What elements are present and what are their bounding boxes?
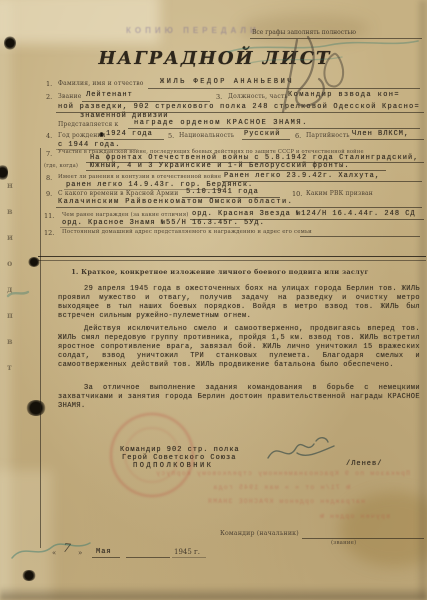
field-6-number: 6.: [295, 132, 301, 140]
field-7-where-label: (где, когда): [44, 163, 78, 169]
rule: [250, 38, 422, 39]
fill-all-fields-note: Все графы заполнять полностью: [252, 29, 356, 36]
scan-dark-right-edge: [419, 0, 427, 600]
award-sheet-document: н в и о д п в т КОПИЮ ПЕРЕДАЛИ Все графы…: [0, 0, 427, 600]
feat-section-heading: 1. Краткое, конкретное изложение личного…: [70, 268, 370, 276]
ink-blot: [22, 570, 36, 581]
field-2-value: Лейтенант: [86, 91, 133, 99]
field-10-value: Калачинским Райвоенкоматом Омской област…: [58, 198, 293, 206]
field-4-value: 1924 года: [106, 130, 153, 138]
field-8-number: 8.: [46, 174, 52, 182]
field-8-value-1: Ранен легко 23.9.42г. Халхута,: [224, 172, 380, 180]
field-9-value: 5.10.1941 года: [186, 188, 259, 196]
field-11-value-1: орд. Красная Звезда №124/Н 16.4.44г. 248…: [192, 210, 416, 218]
field-1-number: 1.: [46, 80, 52, 88]
signer-honor-line: Герой Советского Союза: [122, 454, 236, 462]
field-12-number: 12.: [44, 229, 54, 237]
field-9-label: С какого времени в Красной Армии: [58, 190, 178, 197]
field-3-value: Командир взвода кон=: [288, 91, 400, 99]
rule: [300, 236, 420, 237]
rule: [126, 557, 170, 558]
bleedthrough-margin-letters: н в и о д п в т: [7, 172, 13, 380]
rule: [56, 207, 422, 208]
field-11-value-2: орд. Красное Знамя №55/Н 16.3.45г. 5Уд.: [62, 219, 265, 227]
scan-dark-bottom-edge: [0, 586, 427, 600]
feat-paragraph-2: Действуя исключительно смело и самоотвер…: [58, 325, 420, 370]
rule: [302, 538, 424, 539]
feat-paragraph-1: 29 апреля 1945 года в ожесточенных боях …: [58, 285, 420, 321]
field-5-value: Русский: [244, 130, 280, 138]
signer-rank-line: ПОДПОЛКОВНИК: [133, 462, 213, 470]
field-4-number: 4.: [46, 132, 52, 140]
field-11-label: Чем ранее награжден (за какие отличия): [62, 212, 189, 218]
lenev-signature: [268, 438, 334, 458]
section-divider: [38, 256, 426, 261]
field-8-label: Имеет ли ранения и контузии в отечествен…: [58, 174, 221, 180]
field-11-number: 11.: [44, 212, 54, 220]
rule: [172, 557, 206, 558]
ink-blot: [26, 400, 46, 416]
document-title: НАГРАДНОЙ ЛИСТ: [95, 48, 335, 69]
field-2-label: Звание: [58, 93, 81, 100]
rule: [82, 101, 210, 102]
field-5-label: Национальность: [179, 132, 234, 139]
rule: [92, 557, 120, 558]
date-quote-close: »: [78, 549, 82, 557]
date-year: 1945 г.: [174, 548, 200, 556]
field-12-label: Постоянный домашний адрес представляемог…: [62, 229, 312, 235]
field-1-value: ЖИЛЬ ФЕДОР АНАНЬЕВИЧ: [160, 78, 294, 86]
date-quote-open: «: [52, 549, 56, 557]
field-7-number: 7.: [46, 150, 52, 158]
field-6-continuation: с 1944 года.: [58, 141, 120, 149]
form-left-rule: [40, 148, 41, 548]
rank-sublabel: (звание): [331, 540, 356, 546]
field-6-label: Партийность: [306, 132, 350, 139]
scan-light-corner: [0, 0, 160, 44]
handwritten-day: 7: [62, 541, 71, 556]
bleedthrough-stamp-line: вручен орден №: [280, 513, 390, 520]
field-10-number: 10.: [292, 190, 302, 198]
field-4-label: Год рождения: [58, 132, 106, 139]
signer-name: /Ленев/: [346, 460, 382, 468]
rule: [148, 88, 420, 89]
field-3-continuation: ной разведки, 902 стрелкового полка 248 …: [58, 103, 420, 111]
bleedthrough-stamp-line: № 71/н от « » мая 1945 года: [120, 484, 350, 491]
presented-for-value: награде орденом КРАСНОЕ ЗНАМЯ.: [134, 119, 308, 127]
faded-purple-stamp: КОПИЮ ПЕРЕДАЛИ: [126, 26, 260, 35]
rule: [242, 139, 290, 140]
field-7-value-2: Южный, 4 и 3 Украинские и 1-й Белорусски…: [90, 162, 350, 170]
field-9-number: 9.: [46, 190, 52, 198]
signer-position-line: Командир 902 стр. полка: [120, 446, 240, 454]
field-7-value-1: На фронтах Отечественной войны с 5.8.194…: [90, 154, 419, 162]
rule: [128, 128, 420, 129]
ink-blot: [4, 36, 16, 50]
presented-for-label: Представляется к: [58, 121, 118, 128]
feat-paragraph-3: За отличное выполнение задания командова…: [58, 384, 420, 411]
date-month: Мая: [96, 548, 112, 556]
rule: [60, 227, 240, 228]
field-10-label: Каким РВК призван: [306, 190, 373, 197]
field-5-number: 5.: [168, 132, 174, 140]
bleedthrough-stamp-line: Приказом по 9 Краснознаменному стрелково…: [60, 470, 410, 477]
bleedthrough-stamp-line: награжден орденом КРАСНОЕ ЗНАМЯ: [100, 498, 365, 505]
commander-label: Командир (начальник): [220, 530, 299, 537]
field-1-label: Фамилия, имя и отчество: [58, 80, 144, 87]
field-3-number: 3.: [216, 93, 222, 101]
field-2-number: 2.: [46, 93, 52, 101]
rule: [86, 170, 386, 171]
field-6-value: Член ВЛКСМ,: [352, 130, 409, 138]
field-3-label: Должность, часть: [228, 93, 288, 100]
rule: [104, 139, 164, 140]
rule: [350, 139, 424, 140]
